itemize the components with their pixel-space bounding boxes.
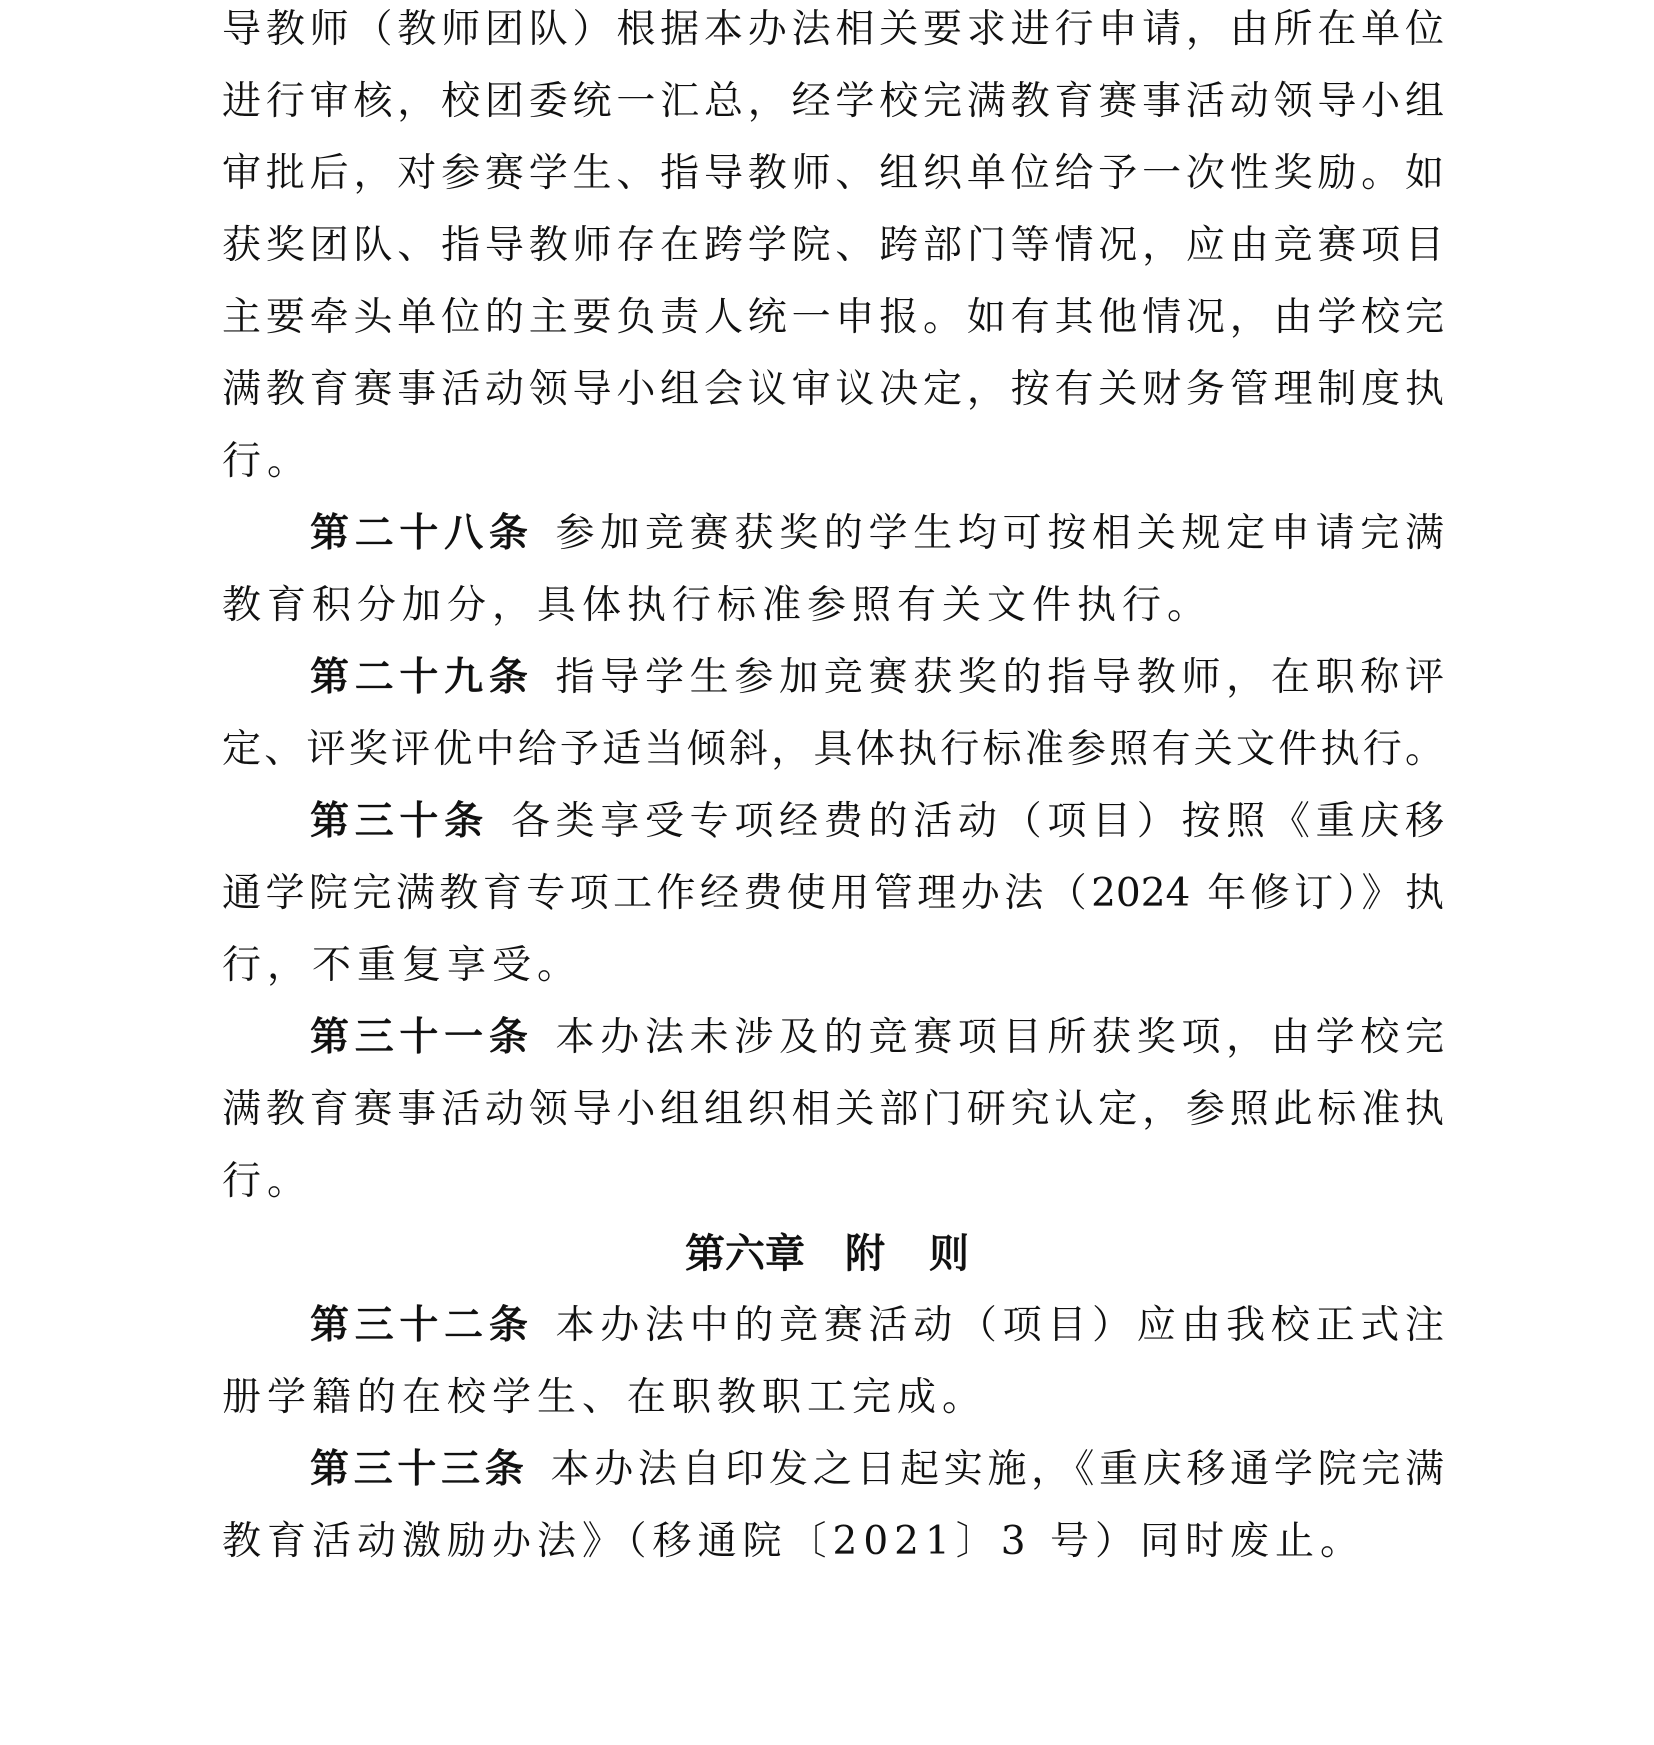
- text-line: 行，不重复享受。: [222, 936, 1444, 996]
- article-number: 第三十条: [310, 799, 489, 844]
- text-line: 审批后，对参赛学生、指导教师、组织单位给予一次性奖励。如: [222, 144, 1444, 204]
- text-line: 主要牵头单位的主要负责人统一申报。如有其他情况，由学校完: [222, 288, 1444, 348]
- article-number: 第三十一条: [310, 1015, 534, 1060]
- chapter-title: 第六章 附 则: [0, 1224, 1654, 1284]
- article-text: 本办法中的竞赛活动（项目）应由我校正式注: [556, 1303, 1444, 1348]
- article-text: 本办法自印发之日起实施，《重庆移通学院完满: [551, 1447, 1444, 1492]
- text-line: 满教育赛事活动领导小组组织相关部门研究认定，参照此标准执: [222, 1080, 1444, 1140]
- article-29-first-line: 第二十九条指导学生参加竞赛获奖的指导教师，在职称评: [310, 648, 1444, 708]
- document-page: 导教师（教师团队）根据本办法相关要求进行申请，由所在单位 进行审核，校团委统一汇…: [0, 0, 1654, 1745]
- text-line: 册学籍的在校学生、在职教职工完成。: [222, 1368, 1444, 1428]
- article-text: 参加竞赛获奖的学生均可按相关规定申请完满: [556, 511, 1444, 556]
- article-28-first-line: 第二十八条参加竞赛获奖的学生均可按相关规定申请完满: [310, 504, 1444, 564]
- article-31-first-line: 第三十一条本办法未涉及的竞赛项目所获奖项，由学校完: [310, 1008, 1444, 1068]
- article-number: 第二十八条: [310, 511, 534, 556]
- text-line: 教育积分加分，具体执行标准参照有关文件执行。: [222, 576, 1444, 636]
- text-line: 获奖团队、指导教师存在跨学院、跨部门等情况，应由竞赛项目: [222, 216, 1444, 276]
- text-line: 进行审核，校团委统一汇总，经学校完满教育赛事活动领导小组: [222, 72, 1444, 132]
- text-line: 行。: [222, 432, 1444, 492]
- text-line: 定、评奖评优中给予适当倾斜，具体执行标准参照有关文件执行。: [222, 720, 1444, 780]
- article-30-first-line: 第三十条各类享受专项经费的活动（项目）按照《重庆移: [310, 792, 1444, 852]
- article-33-first-line: 第三十三条本办法自印发之日起实施，《重庆移通学院完满: [310, 1440, 1444, 1500]
- text-line: 行。: [222, 1152, 1444, 1212]
- article-number: 第三十二条: [310, 1303, 534, 1348]
- article-number: 第三十三条: [310, 1447, 529, 1492]
- article-text: 各类享受专项经费的活动（项目）按照《重庆移: [511, 799, 1444, 844]
- article-number: 第二十九条: [310, 655, 534, 700]
- text-line: 满教育赛事活动领导小组会议审议决定，按有关财务管理制度执: [222, 360, 1444, 420]
- article-text: 指导学生参加竞赛获奖的指导教师，在职称评: [556, 655, 1444, 700]
- article-32-first-line: 第三十二条本办法中的竞赛活动（项目）应由我校正式注: [310, 1296, 1444, 1356]
- text-line: 通学院完满教育专项工作经费使用管理办法（2024 年修订）》执: [222, 864, 1444, 924]
- text-line: 导教师（教师团队）根据本办法相关要求进行申请，由所在单位: [222, 0, 1444, 60]
- article-text: 本办法未涉及的竞赛项目所获奖项，由学校完: [556, 1015, 1444, 1060]
- text-line: 教育活动激励办法》（移通院〔2021〕3 号）同时废止。: [222, 1512, 1444, 1572]
